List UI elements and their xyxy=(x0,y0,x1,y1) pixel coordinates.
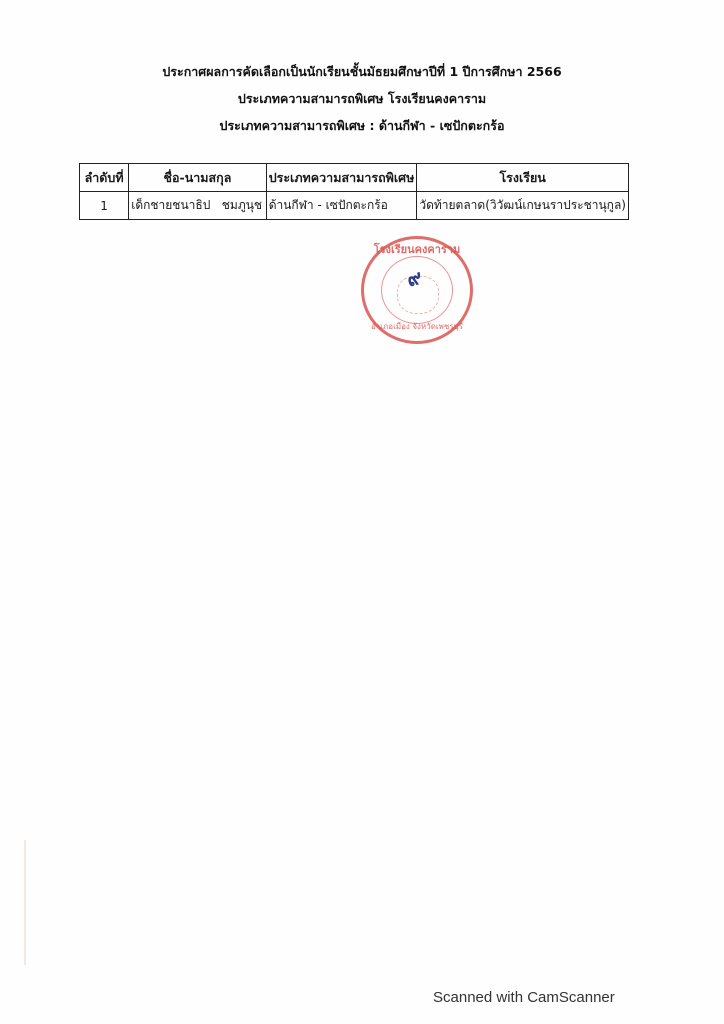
column-header-category: ประเภทความสามารถพิเศษ xyxy=(266,164,417,192)
column-header-name: ชื่อ-นามสกุล xyxy=(129,164,266,192)
table-header-row: ลำดับที่ ชื่อ-นามสกุล ประเภทความสามารถพิ… xyxy=(80,164,629,192)
announcement-category: ประเภทความสามารถพิเศษ : ด้านกีฬา - เซปัก… xyxy=(0,116,724,136)
scan-artifact-line xyxy=(24,840,26,965)
school-seal-stamp: โรงเรียนคงคาราม อำเภอเมือง จังหวัดเพชรบุ… xyxy=(347,236,487,344)
cell-name: เด็กชายชนาธิป ชมภูนุช xyxy=(129,192,266,220)
scanned-page: ประกาศผลการคัดเลือกเป็นนักเรียนชั้นมัธยม… xyxy=(0,0,724,1024)
column-header-number: ลำดับที่ xyxy=(80,164,129,192)
cell-category: ด้านกีฬา - เซปักตะกร้อ xyxy=(266,192,417,220)
announcement-subtitle: ประเภทความสามารถพิเศษ โรงเรียนคงคาราม xyxy=(0,89,724,109)
column-header-school: โรงเรียน xyxy=(417,164,629,192)
table-row: 1 เด็กชายชนาธิป ชมภูนุช ด้านกีฬา - เซปัก… xyxy=(80,192,629,220)
results-table: ลำดับที่ ชื่อ-นามสกุล ประเภทความสามารถพิ… xyxy=(79,163,629,220)
announcement-title: ประกาศผลการคัดเลือกเป็นนักเรียนชั้นมัธยม… xyxy=(0,62,724,82)
seal-bottom-text: อำเภอเมือง จังหวัดเพชรบุรี xyxy=(347,320,487,333)
cell-number: 1 xyxy=(80,192,129,220)
camscanner-watermark: Scanned with CamScanner xyxy=(433,989,615,1006)
cell-school: วัดท้ายตลาด(วิวัฒน์เกษนราประชานุกูล) xyxy=(417,192,629,220)
seal-top-text: โรงเรียนคงคาราม xyxy=(347,240,487,258)
